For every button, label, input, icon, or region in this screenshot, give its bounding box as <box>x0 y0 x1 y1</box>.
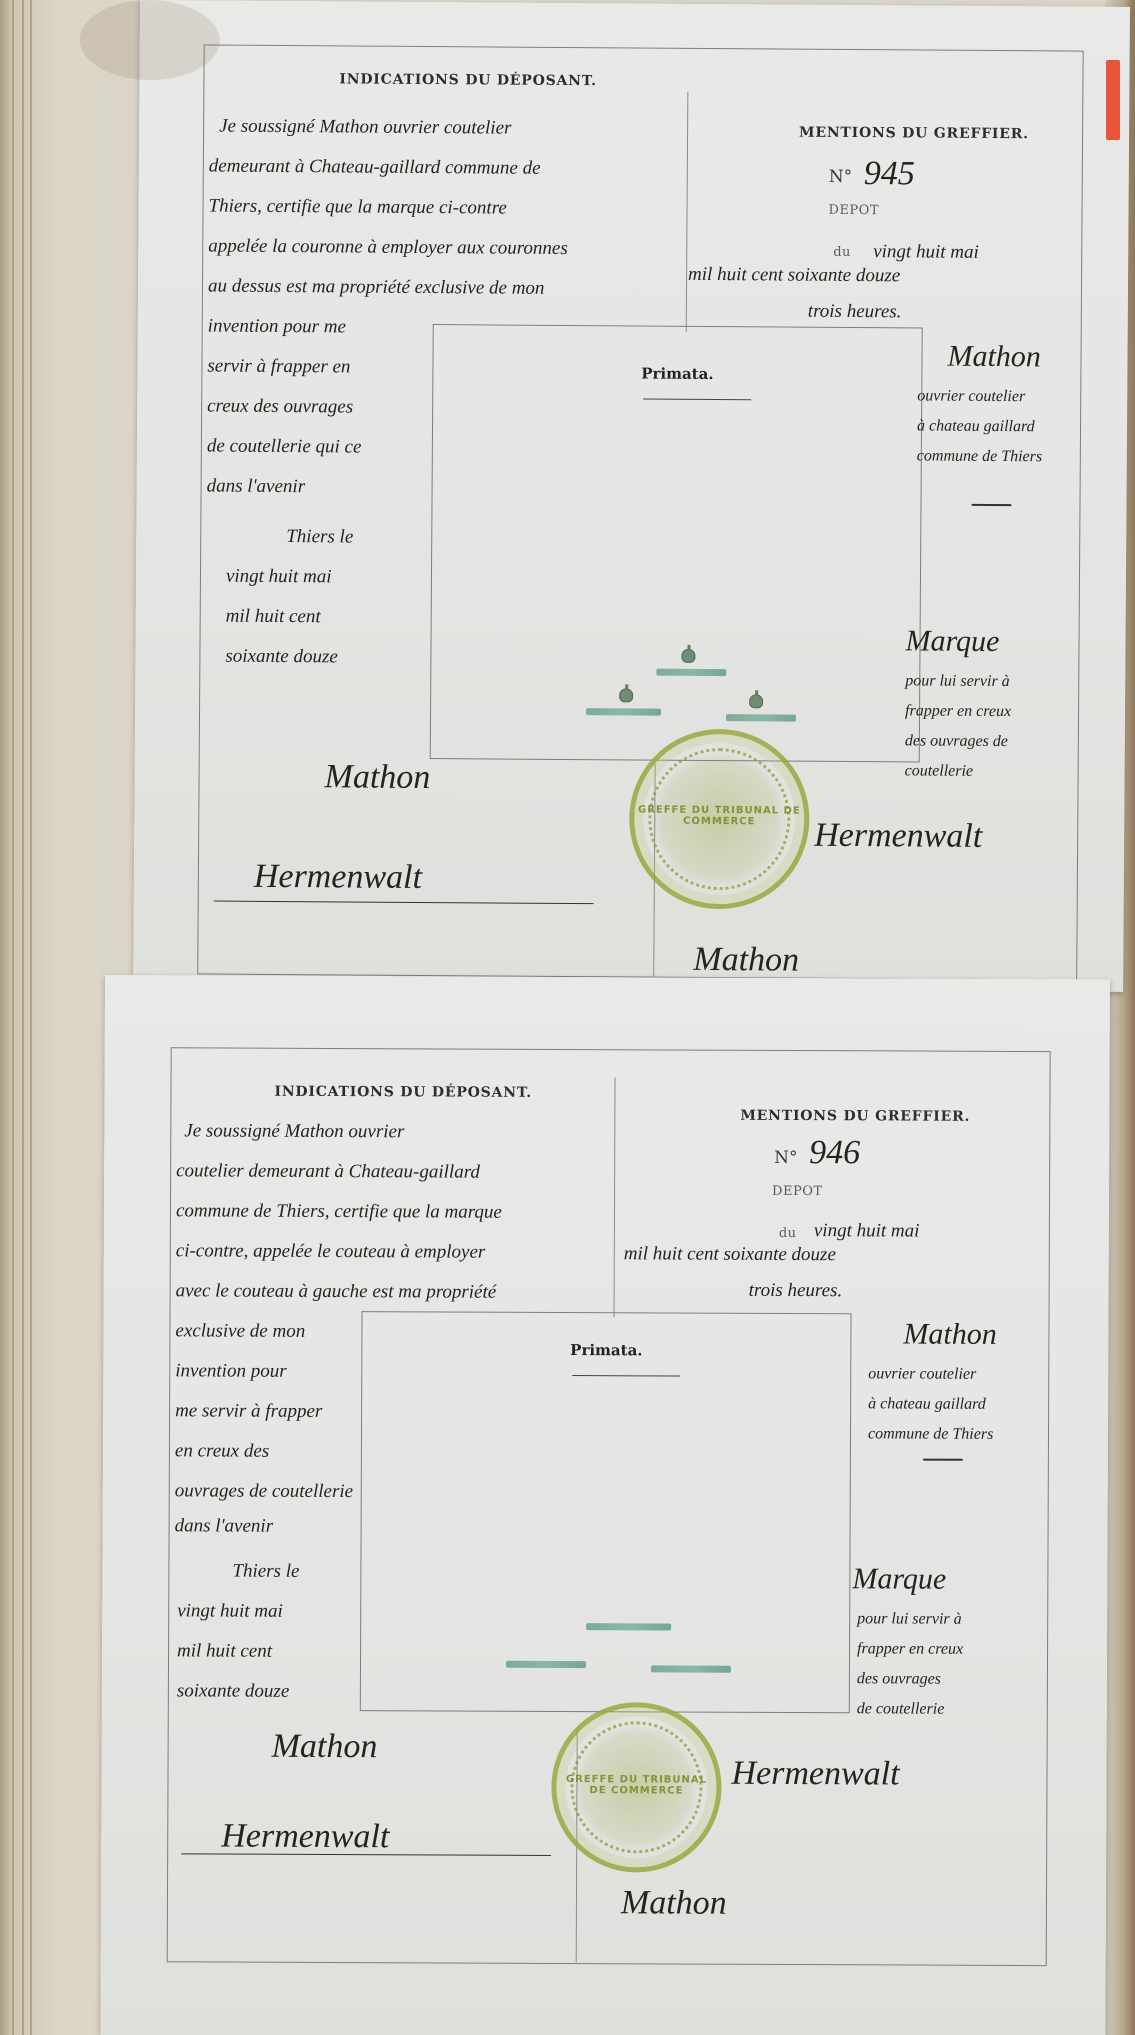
place-date-line: Thiers le <box>286 516 353 557</box>
place-date-line: soixante douze <box>225 636 338 678</box>
stain <box>79 0 220 81</box>
depot-date-line: mil huit cent soixante douze <box>624 1233 836 1275</box>
declaration-line: servir à frapper en <box>207 345 350 387</box>
declaration-line: Je soussigné Mathon ouvrier <box>184 1110 404 1152</box>
right-column-heading: MENTIONS DU GREFFIER. <box>799 125 1029 143</box>
place-date-line: vingt huit mai <box>177 1590 283 1631</box>
declaration-line: de coutellerie qui ce <box>207 425 362 467</box>
declaration-line: dans l'avenir <box>206 465 305 507</box>
clerk-signature-left: Hermenwalt <box>254 856 422 898</box>
number-label: N° <box>774 1148 797 1168</box>
declaration-line: en creux des <box>175 1430 269 1471</box>
deposit-number: 946 <box>809 1136 860 1170</box>
place-date-line: Thiers le <box>232 1551 299 1592</box>
depositor-signature-left: Mathon <box>324 756 430 798</box>
knife-blade-icon <box>506 1661 586 1668</box>
knife-blade-icon <box>586 1623 671 1630</box>
declaration-line: ci-contre, appelée le couteau à employer <box>176 1230 486 1272</box>
clerk-signature-right: Hermenwalt <box>814 815 982 857</box>
declaration-line: dans l'avenir <box>175 1505 274 1546</box>
number-label: N° <box>829 167 853 187</box>
declaration-line: invention pour <box>175 1350 287 1391</box>
right-depositor-line: commune de Thiers <box>868 1413 993 1455</box>
knife-blade-icon <box>656 669 726 676</box>
left-column-heading: INDICATIONS DU DÉPOSANT. <box>274 1084 532 1101</box>
red-page-tab <box>1106 60 1120 140</box>
left-column-heading: INDICATIONS DU DÉPOSANT. <box>339 71 597 89</box>
place-date-line: soixante douze <box>177 1670 290 1711</box>
depositor-signature-right: Mathon <box>693 939 799 981</box>
declaration-line: Je soussigné Mathon ouvrier coutelier <box>219 106 512 149</box>
deposit-number: 945 <box>864 157 915 191</box>
place-date-line: vingt huit mai <box>226 556 332 598</box>
knife-blade-icon <box>726 714 796 721</box>
depositor-signature-right: Mathon <box>621 1882 727 1923</box>
declaration-line: exclusive de mon <box>175 1310 305 1352</box>
depositor-signature-left: Mathon <box>272 1726 378 1767</box>
declaration-line: commune de Thiers, certifie que la marqu… <box>176 1190 502 1232</box>
place-date-line: mil huit cent <box>226 596 321 638</box>
right-mark-line: coutellerie <box>904 750 973 791</box>
page-fold <box>30 0 32 2035</box>
right-depositor-line: commune de Thiers <box>917 435 1043 477</box>
page-fold <box>22 0 24 2035</box>
knife-blade-icon <box>651 1665 731 1672</box>
declaration-line: me servir à frapper <box>175 1390 322 1432</box>
declaration-line: appelée la couronne à employer aux couro… <box>208 225 568 269</box>
seal-text: GREFFE DU TRIBUNAL DE COMMERCE <box>634 805 804 828</box>
declaration-line: au dessus est ma propriété exclusive de … <box>208 265 545 308</box>
depot-date-line: trois heures. <box>749 1270 843 1311</box>
depot-date-line: mil huit cent soixante douze <box>688 254 900 296</box>
clerk-signature-right: Hermenwalt <box>731 1753 899 1795</box>
right-column-heading: MENTIONS DU GREFFIER. <box>740 1108 970 1125</box>
register-sheet-946: INDICATIONS DU DÉPOSANT. MENTIONS DU GRE… <box>100 975 1110 2035</box>
right-depositor-name: Mathon <box>903 1313 997 1354</box>
mark-box-title: Primata. <box>433 363 921 384</box>
flourish <box>923 1459 963 1461</box>
declaration-line: creux des ouvrages <box>207 385 353 427</box>
crown-icon <box>619 688 633 702</box>
right-mark-line: de coutellerie <box>857 1688 945 1729</box>
mark-box-title: Primata. <box>362 1340 850 1360</box>
court-seal-stamp: GREFFE DU TRIBUNAL DE COMMERCE <box>629 728 810 909</box>
flourish <box>971 504 1011 506</box>
depot-label: DEPOT <box>772 1184 823 1199</box>
title-underline <box>643 399 751 401</box>
declaration-line: invention pour me <box>208 305 347 347</box>
right-mark-title: Marque <box>852 1558 946 1599</box>
clerk-signature-left: Hermenwalt <box>221 1816 389 1858</box>
mark-box: Primata. <box>430 324 923 762</box>
seal-text: GREFFE DU TRIBUNAL DE COMMERCE <box>556 1774 716 1797</box>
register-sheet-945: INDICATIONS DU DÉPOSANT. MENTIONS DU GRE… <box>133 0 1130 992</box>
right-mark-title: Marque <box>905 620 999 662</box>
court-seal-stamp: GREFFE DU TRIBUNAL DE COMMERCE <box>551 1702 722 1873</box>
declaration-line: coutelier demeurant à Chateau-gaillard <box>176 1150 480 1192</box>
depot-label: DEPOT <box>828 203 879 218</box>
place-date-line: mil huit cent <box>177 1630 272 1671</box>
right-depositor-name: Mathon <box>947 336 1041 378</box>
crown-icon <box>749 694 763 708</box>
crown-icon <box>681 649 695 663</box>
declaration-line: avec le couteau à gauche est ma propriét… <box>176 1270 497 1312</box>
mark-box: Primata. <box>360 1311 852 1713</box>
declaration-line: demeurant à Chateau-gaillard commune de <box>209 145 541 188</box>
page-fold <box>12 0 14 2035</box>
declaration-line: Thiers, certifie que la marque ci-contre <box>208 185 507 228</box>
knife-blade-icon <box>586 708 661 716</box>
title-underline <box>572 1375 680 1376</box>
